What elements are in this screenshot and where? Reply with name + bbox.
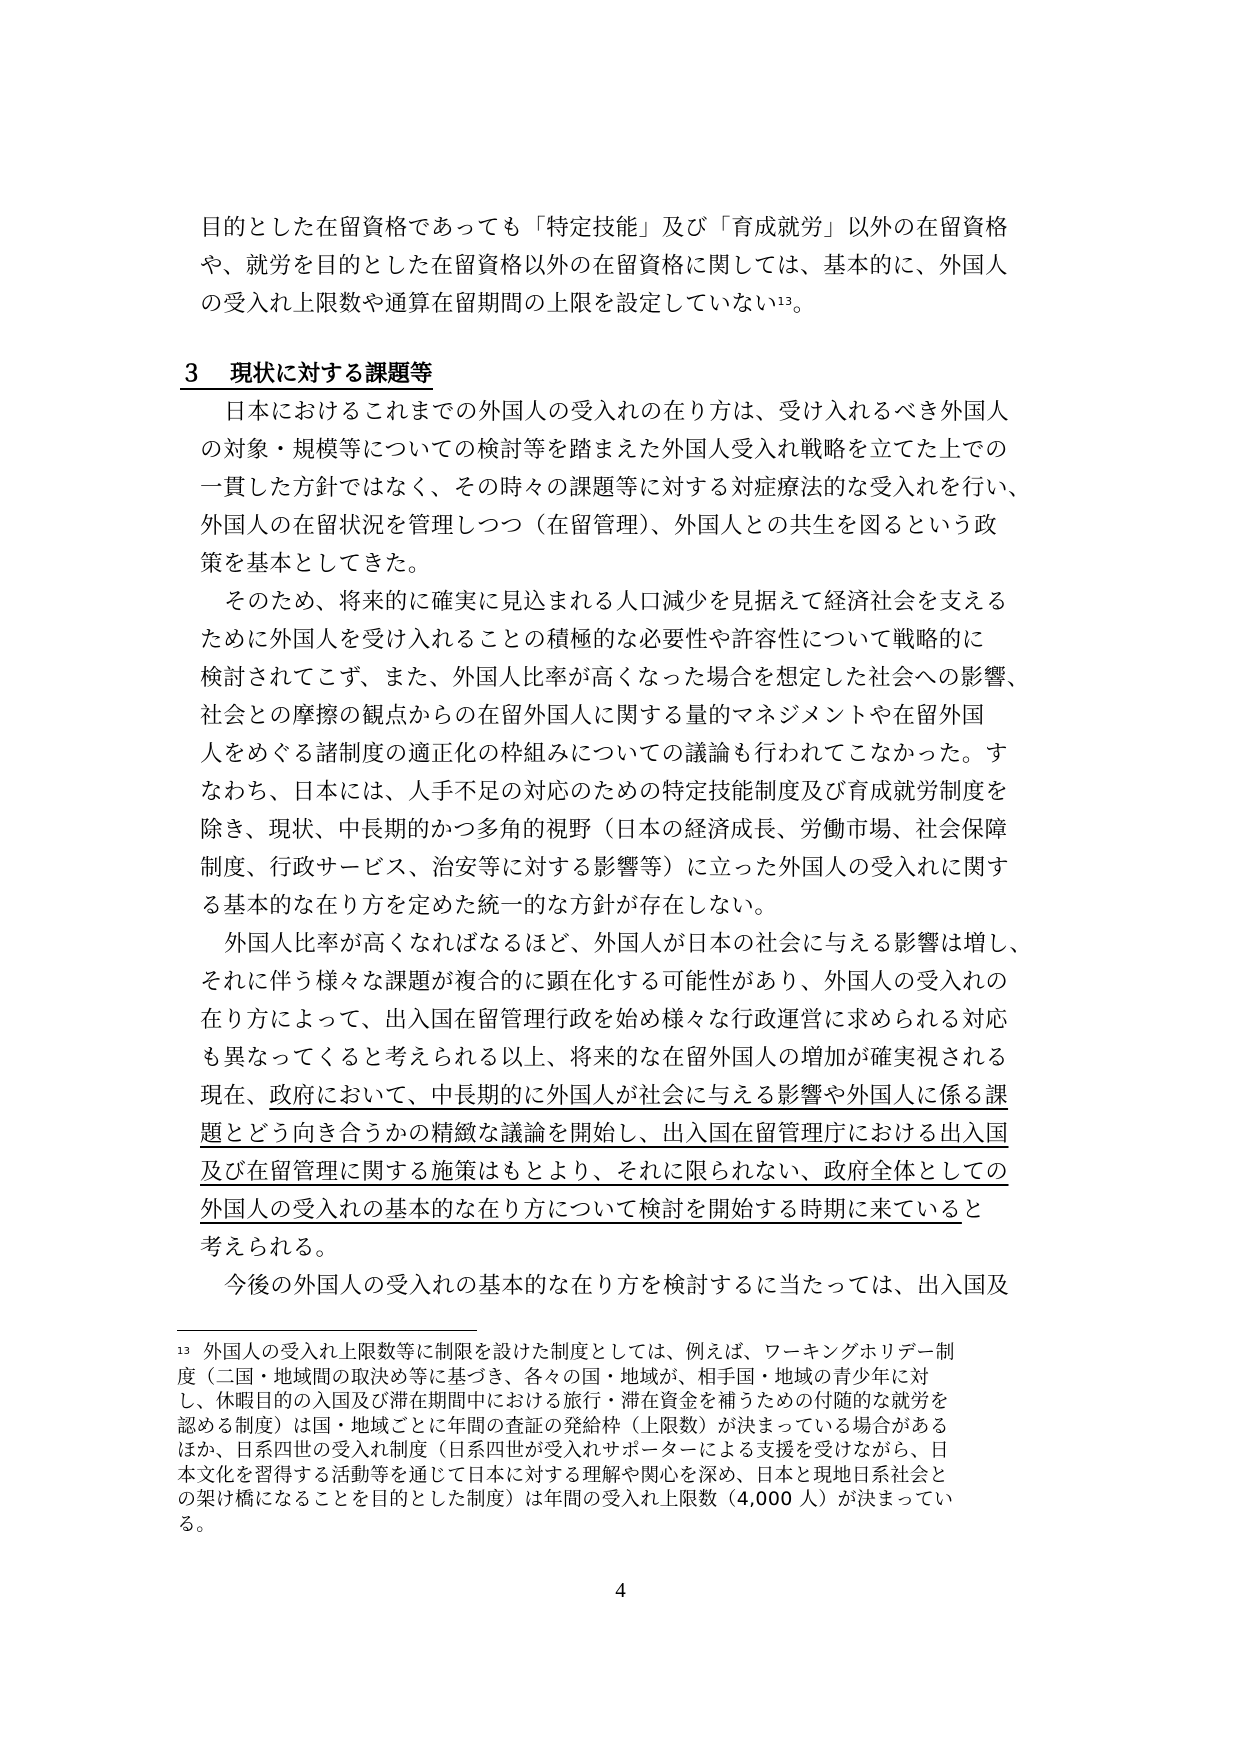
body-line: 外国人の在留状況を管理しつつ（在留管理）、外国人との共生を図るという政 — [200, 507, 1062, 545]
section-title: 現状に対する課題等 — [230, 361, 433, 387]
body-line: そのため、将来的に確実に見込まれる人口減少を見据えて経済社会を支える — [224, 583, 1062, 621]
body-line: 考えられる。 — [200, 1229, 1062, 1267]
footnote-line: 認める制度）は国・地域ごとに年間の査証の発給枠（上限数）が決まっている場合がある — [177, 1414, 1062, 1439]
underlined-text: 題とどう向き合うかの精緻な議論を開始し、出入国在留管理庁における出入国 — [200, 1121, 1009, 1147]
footnote-number: 13 — [177, 1346, 190, 1357]
body-line: 社会との摩擦の観点からの在留外国人に関する量的マネジメントや在留外国 — [200, 697, 1062, 735]
underlined-text: 及び在留管理に関する施策はもとより、それに限られない、政府全体としての — [200, 1159, 1009, 1185]
body-line: なわち、日本には、人手不足の対応のための特定技能制度及び育成就労制度を — [200, 773, 1062, 811]
body-line: 日本におけるこれまでの外国人の受入れの在り方は、受け入れるべき外国人 — [224, 393, 1062, 431]
body-line: や、就労を目的とした在留資格以外の在留資格に関しては、基本的に、外国人 — [200, 247, 1062, 285]
body-line: 検討されてこず、また、外国人比率が高くなった場合を想定した社会への影響、 — [200, 659, 1062, 697]
body-line: 在り方によって、出入国在留管理行政を始め様々な行政運営に求められる対応 — [200, 1001, 1062, 1039]
body-line: 今後の外国人の受入れの基本的な在り方を検討するに当たっては、出入国及 — [224, 1267, 1062, 1305]
body-line: 外国人比率が高くなればなるほど、外国人が日本の社会に与える影響は増し、 — [224, 925, 1062, 963]
body-text: 。 — [793, 291, 816, 317]
body-line: の受入れ上限数や通算在留期間の上限を設定していない13。 — [200, 285, 1062, 323]
footnote-line: し、休暇目的の入国及び滞在期間中における旅行・滞在資金を補うための付随的な就労を — [177, 1389, 1062, 1414]
underlined-text: 政府において、中長期的に外国人が社会に与える影響や外国人に係る課 — [269, 1083, 1008, 1109]
document-page: 目的とした在留資格であっても「特定技能」及び「育成就労」以外の在留資格 や、就労… — [0, 0, 1241, 1754]
page-number: 4 — [0, 1578, 1241, 1603]
body-line: 題とどう向き合うかの精緻な議論を開始し、出入国在留管理庁における出入国 — [200, 1115, 1062, 1153]
section-heading: ３現状に対する課題等 — [180, 355, 433, 393]
section-number: ３ — [180, 355, 230, 393]
underlined-text: 外国人の受入れの基本的な在り方について検討を開始する時期に来ている — [200, 1197, 962, 1223]
body-line: 一貫した方針ではなく、その時々の課題等に対する対症療法的な受入れを行い、 — [200, 469, 1062, 507]
body-line: 策を基本としてきた。 — [200, 545, 1062, 583]
footnote-line: 13 外国人の受入れ上限数等に制限を設けた制度としては、例えば、ワーキングホリデ… — [177, 1340, 1062, 1365]
footnote-reference[interactable]: 13 — [778, 295, 793, 308]
body-line: それに伴う様々な課題が複合的に顕在化する可能性があり、外国人の受入れの — [200, 963, 1062, 1001]
footnote-line: 度（二国・地域間の取決め等に基づき、各々の国・地域が、相手国・地域の青少年に対 — [177, 1365, 1062, 1390]
body-line: 及び在留管理に関する施策はもとより、それに限られない、政府全体としての — [200, 1153, 1062, 1191]
footnote-line: の架け橋になることを目的とした制度）は年間の受入れ上限数（4,000 人）が決ま… — [177, 1487, 1062, 1512]
body-text: 現在、 — [200, 1083, 269, 1109]
body-line: る基本的な在り方を定めた統一的な方針が存在しない。 — [200, 887, 1062, 925]
footnote-line: ほか、日系四世の受入れ制度（日系四世が受入れサポーターによる支援を受けながら、日 — [177, 1438, 1062, 1463]
body-text: の受入れ上限数や通算在留期間の上限を設定していない — [200, 291, 778, 317]
body-text: と — [962, 1197, 985, 1223]
footnote-line: 本文化を習得する活動等を通じて日本に対する理解や関心を深め、日本と現地日系社会と — [177, 1463, 1062, 1488]
body-line: ために外国人を受け入れることの積極的な必要性や許容性について戦略的に — [200, 621, 1062, 659]
body-line: 除き、現状、中長期的かつ多角的視野（日本の経済成長、労働市場、社会保障 — [200, 811, 1062, 849]
body-line: も異なってくると考えられる以上、将来的な在留外国人の増加が確実視される — [200, 1039, 1062, 1077]
body-line: の対象・規模等についての検討等を踏まえた外国人受入れ戦略を立てた上での — [200, 431, 1062, 469]
footnote-text: 外国人の受入れ上限数等に制限を設けた制度としては、例えば、ワーキングホリデー制 — [203, 1341, 955, 1363]
body-line: 現在、政府において、中長期的に外国人が社会に与える影響や外国人に係る課 — [200, 1077, 1062, 1115]
body-line: 人をめぐる諸制度の適正化の枠組みについての議論も行われてこなかった。す — [200, 735, 1062, 773]
footnote-line: る。 — [177, 1512, 1062, 1537]
body-line: 目的とした在留資格であっても「特定技能」及び「育成就労」以外の在留資格 — [200, 209, 1062, 247]
body-line: 制度、行政サービス、治安等に対する影響等）に立った外国人の受入れに関す — [200, 849, 1062, 887]
body-line: 外国人の受入れの基本的な在り方について検討を開始する時期に来ていると — [200, 1191, 1062, 1229]
footnote-separator — [177, 1330, 477, 1331]
